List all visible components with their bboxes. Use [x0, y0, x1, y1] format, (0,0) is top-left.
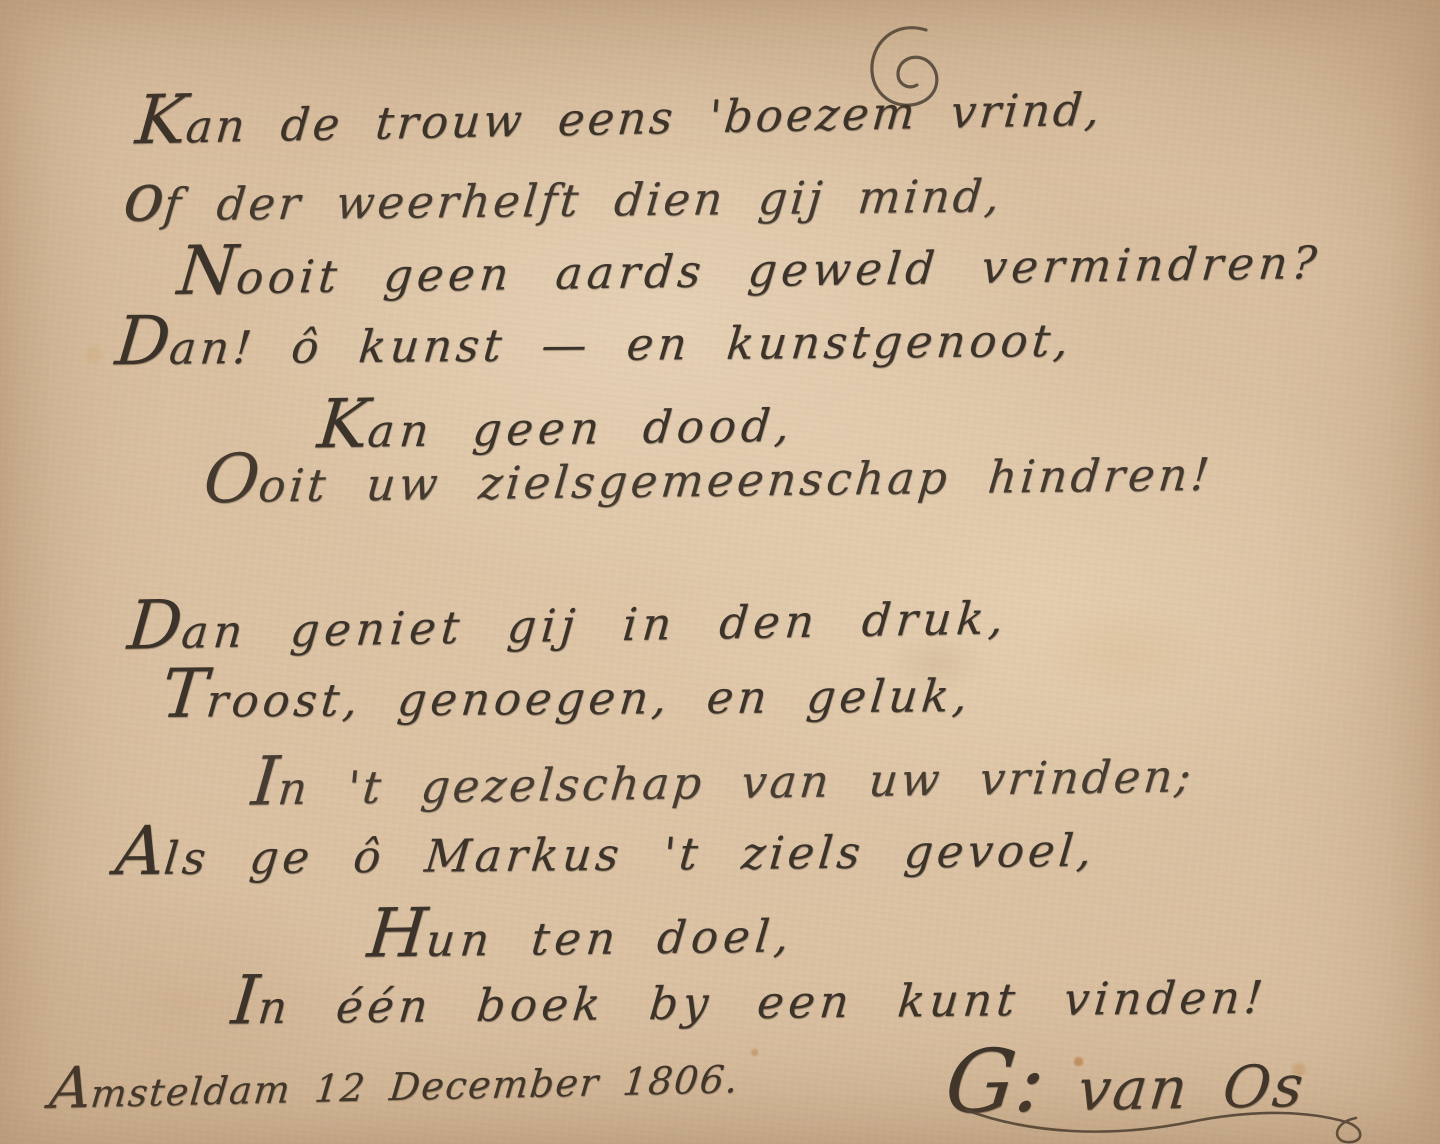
poem-line: Als ge ô Markus 't ziels gevoel,	[113, 808, 1100, 887]
poem-line: Hun ten doel,	[365, 893, 798, 969]
poem-line: In één boek by een kunt vinden!	[229, 955, 1271, 1037]
poem-line: Kan de trouw eens 'boezem vrind,	[133, 67, 1106, 157]
manuscript-page: Kan de trouw eens 'boezem vrind, of der …	[0, 0, 1440, 1144]
poem-line: Ooit uw zielsgemeenschap hindren!	[201, 432, 1217, 515]
poem-line: In 't gezelschap van uw vrinden;	[249, 733, 1198, 817]
poem-line: Nooit geen aards geweld vermindren?	[175, 220, 1325, 307]
dateline: Amsteldam 12 December 1806.	[47, 1044, 743, 1120]
poem-line: Dan geniet gij in den druk,	[125, 575, 1012, 661]
poem-line: of der weerhelft dien gij mind,	[121, 153, 1007, 233]
poem-line: Troost, genoegen, en geluk,	[159, 653, 976, 730]
signature: G: van Os	[941, 1031, 1310, 1129]
poem-line: Dan! ô kunst — en kunstgenoot,	[113, 298, 1077, 377]
